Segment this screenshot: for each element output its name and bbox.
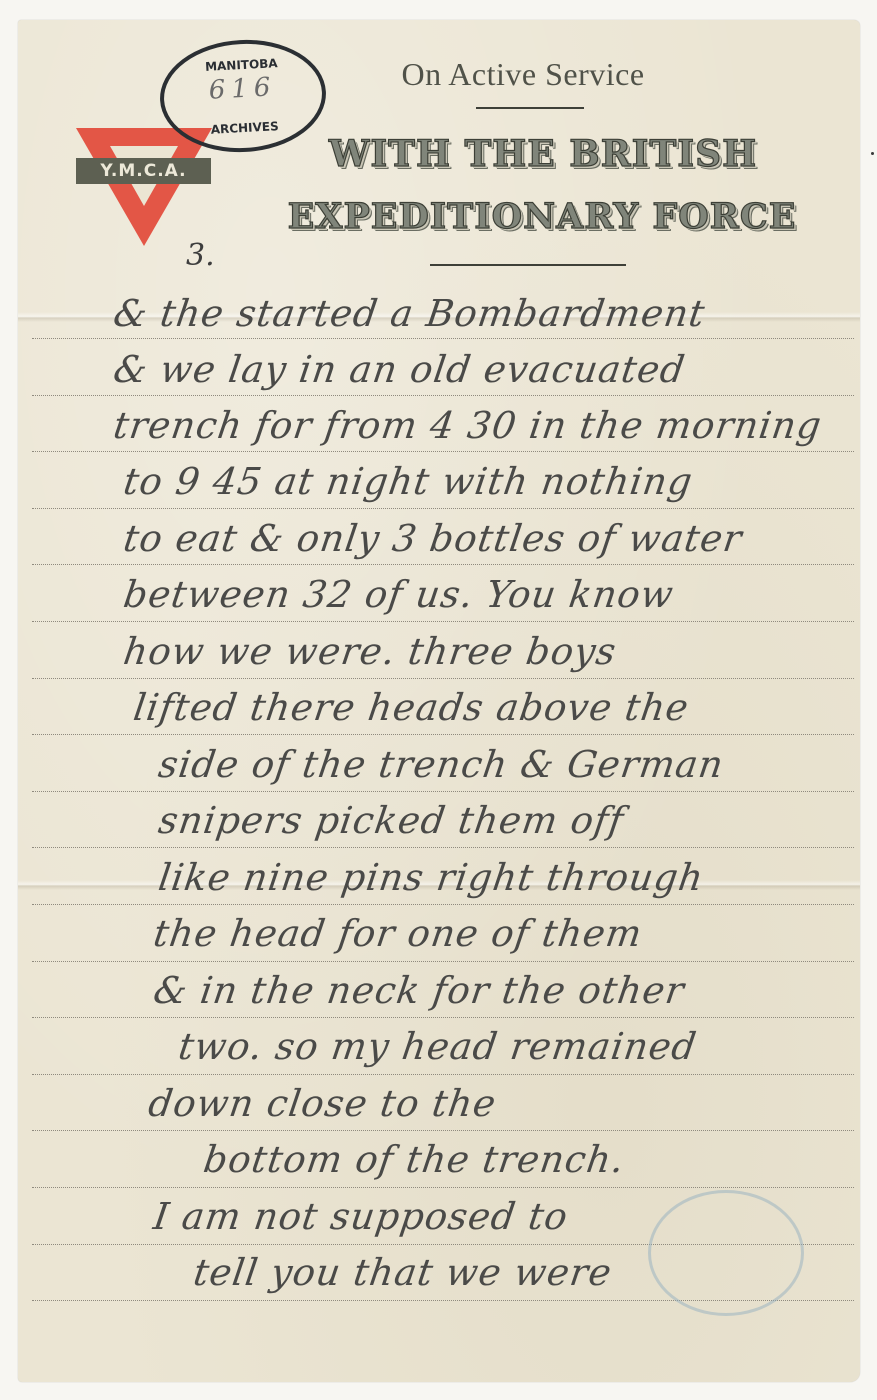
letter-sheet: Y.M.C.A. MANITOBA 616 ARCHIVES On Active… — [18, 20, 860, 1382]
page-number: 3. — [186, 238, 215, 273]
ymca-label: Y.M.C.A. — [76, 158, 211, 184]
headline-line-1: WITH THE BRITISH — [308, 133, 778, 175]
handwritten-line: bottom of the trench. — [199, 1138, 877, 1194]
on-active-service-heading: On Active Service — [348, 56, 698, 93]
ymca-logo: Y.M.C.A. — [76, 128, 216, 250]
handwritten-line: side of the trench & German — [154, 743, 877, 799]
handwritten-line: two. so my head remained — [174, 1025, 877, 1081]
speck — [871, 152, 874, 155]
handwritten-line: trench for from 4 30 in the morning — [109, 404, 877, 460]
handwritten-line: to eat & only 3 bottles of water — [119, 517, 877, 573]
faint-archives-stamp-bleed — [648, 1190, 804, 1316]
handwritten-line: & the started a Bombardment — [109, 292, 877, 348]
divider — [476, 107, 584, 109]
handwritten-line: how we were. three boys — [119, 630, 877, 686]
handwritten-line: the head for one of them — [149, 912, 877, 968]
handwritten-line: to 9 45 at night with nothing — [119, 460, 877, 516]
stamp-number: 616 — [163, 70, 322, 108]
handwritten-line: & in the neck for the other — [149, 969, 877, 1025]
handwritten-line: snipers picked them off — [154, 799, 877, 855]
handwritten-line: between 32 of us. You know — [119, 573, 877, 629]
stamp-bottom-text: ARCHIVES — [165, 117, 324, 139]
handwritten-line: like nine pins right through — [154, 856, 877, 912]
divider — [430, 264, 626, 266]
red-triangle-icon — [76, 128, 216, 250]
handwritten-line: lifted there heads above the — [129, 686, 877, 742]
handwritten-line: & we lay in an old evacuated — [109, 348, 877, 404]
headline-line-2: EXPEDITIONARY FORCE — [262, 196, 822, 237]
manitoba-archives-stamp: MANITOBA 616 ARCHIVES — [157, 36, 329, 157]
handwritten-line: down close to the — [144, 1082, 877, 1138]
